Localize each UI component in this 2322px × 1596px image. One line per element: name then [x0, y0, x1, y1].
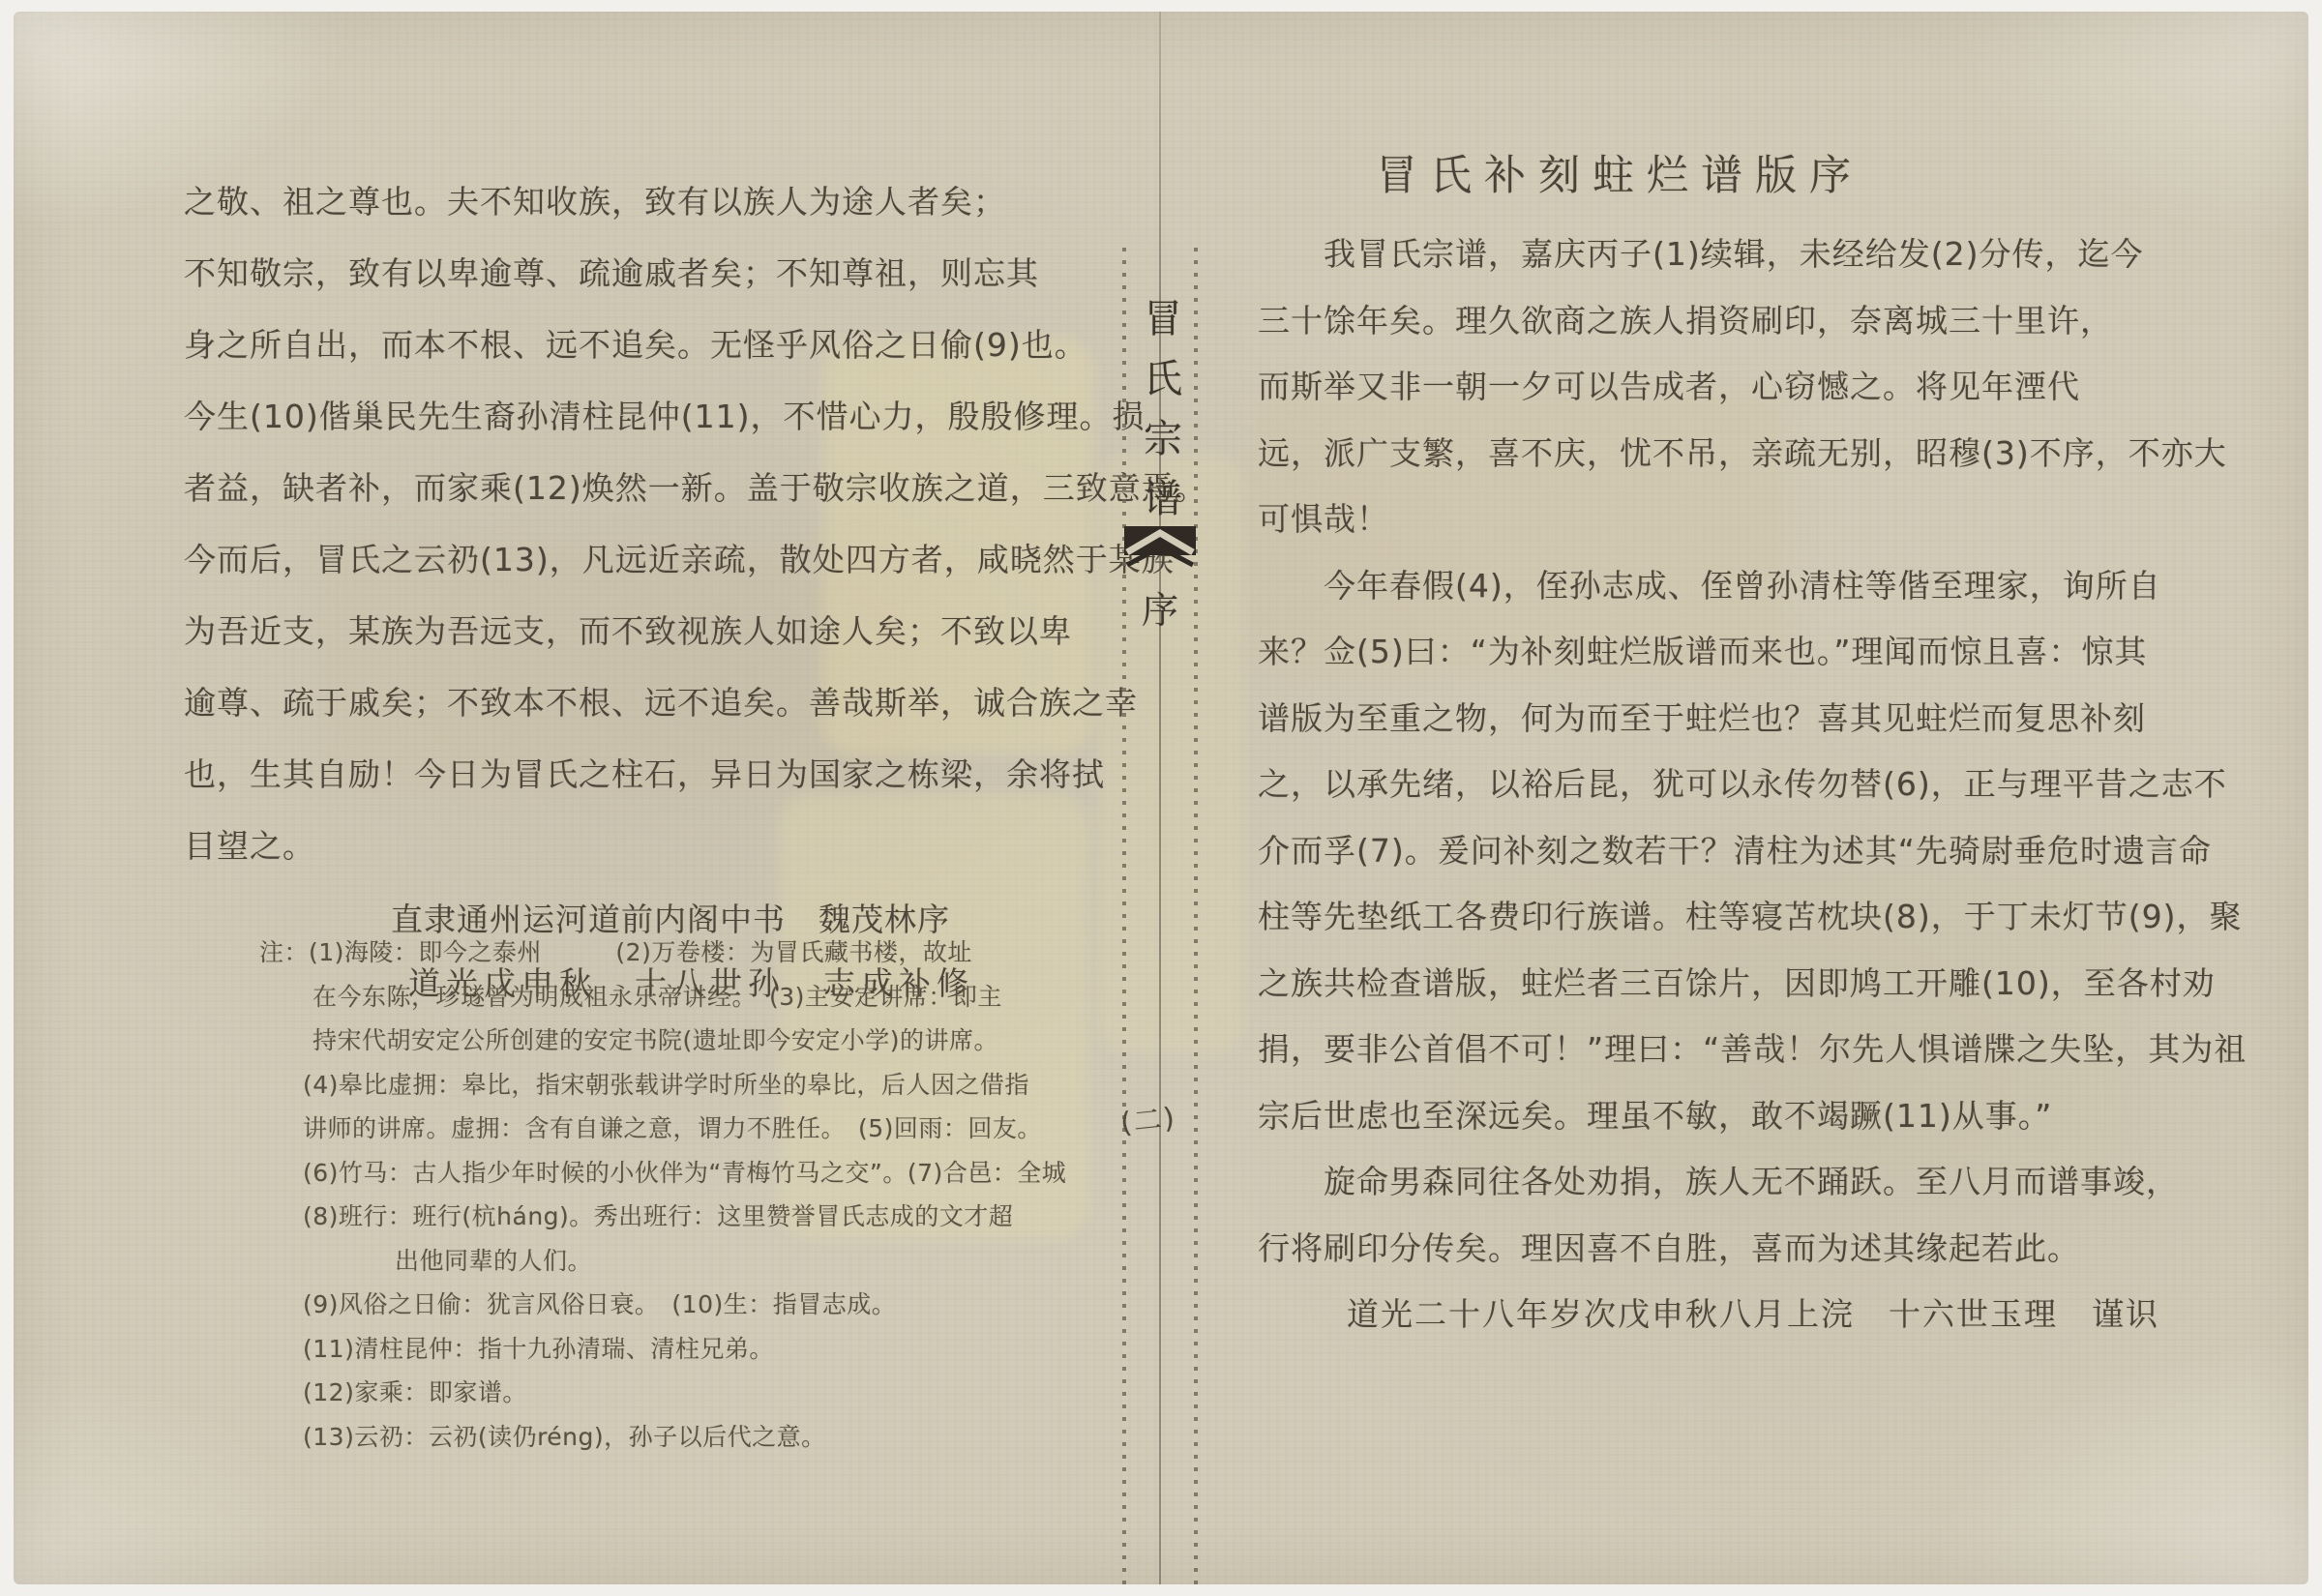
footnote-line: (9)风俗之日偷：犹言风俗日衰。 (10)生：指冒志成。 — [303, 1283, 1130, 1327]
manuscript-line: 为吾近支，某族为吾远支，而不致视族人如途人矣；不致以卑 — [184, 596, 1093, 667]
manuscript-line: 柱等先垫纸工各费印行族谱。柱等寝苫枕块(8)，于丁未灯节(9)，聚 — [1258, 884, 2283, 951]
fishtail-ornament-icon — [1124, 526, 1196, 569]
spine-dotted-border — [1194, 248, 1198, 1584]
spine-dotted-border — [1122, 248, 1126, 1584]
manuscript-line: 谱版为至重之物，何为而至于蛀烂也？喜其见蛀烂而复思补刻 — [1258, 686, 2283, 753]
left-page: 之敬、祖之尊也。夫不知收族，致有以族人为途人者矣； 不知敬宗，致有以卑逾尊、疏逾… — [184, 166, 1093, 1016]
book-spine-column: 冒氏宗谱 序 (二) — [1122, 248, 1198, 1584]
manuscript-line: 目望之。 — [184, 811, 1093, 882]
manuscript-line: 者益，缺者补，而家乘(12)焕然一新。盖于敬宗收族之道，三致意焉。 — [184, 453, 1093, 524]
manuscript-line: 三十馀年矣。理久欲商之族人捐资刷印，奈离城三十里许， — [1258, 288, 2283, 355]
footnote-line: (11)清柱昆仲：指十九孙清瑞、清柱兄弟。 — [303, 1327, 1130, 1372]
manuscript-line: 今生(10)偕巢民先生裔孙清柱昆仲(11)，不惜心力，殷殷修理。损 — [184, 381, 1093, 453]
footnote-line: 讲师的讲席。虚拥：含有自谦之意，谓力不胜任。 (5)回雨：回友。 — [303, 1107, 1130, 1151]
manuscript-line: 逾尊、疏于戚矣；不致本不根、远不追矣。善哉斯举，诚合族之幸 — [184, 667, 1093, 739]
footnote-line: (12)家乘：即家谱。 — [303, 1371, 1130, 1415]
footnote-line: (8)班行：班行(杭háng)。秀出班行：这里赞誉冒氏志成的文才超 — [303, 1195, 1130, 1239]
manuscript-line: 我冒氏宗谱，嘉庆丙子(1)续辑，未经给发(2)分传，迄今 — [1324, 222, 2283, 288]
footnote-line: 注：(1)海陵：即今之泰州 (2)万卷楼：为冒氏藏书楼，故址 — [259, 931, 1130, 975]
manuscript-line: 旋命男森同往各处劝捐，族人无不踊跃。至八月而谱事竣， — [1324, 1149, 2283, 1216]
footnote-line: 出他同辈的人们。 — [395, 1239, 1130, 1284]
manuscript-line: 今年春假(4)，侄孙志成、侄曾孙清柱等偕至理家，询所自 — [1324, 553, 2283, 620]
preface-body: 我冒氏宗谱，嘉庆丙子(1)续辑，未经给发(2)分传，迄今 三十馀年矣。理久欲商之… — [1258, 222, 2283, 1348]
footnote-line: (6)竹马：古人指少年时候的小伙伴为“青梅竹马之交”。(7)合邑：全城 — [303, 1151, 1130, 1196]
manuscript-line: 今而后，冒氏之云礽(13)，凡远近亲疏，散处四方者，咸晓然于某族 — [184, 524, 1093, 596]
center-fold-line — [1159, 12, 1161, 1584]
manuscript-line: 之，以承先绪，以裕后昆，犹可以永传勿替(6)，正与理平昔之志不 — [1258, 752, 2283, 818]
manuscript-line: 不知敬宗，致有以卑逾尊、疏逾戚者矣；不知尊祖，则忘其 — [184, 238, 1093, 310]
manuscript-signature-line: 道光二十八年岁次戊申秋八月上浣 十六世玉理 谨识 — [1347, 1282, 2283, 1348]
manuscript-line: 来？佥(5)曰：“为补刻蛀烂版谱而来也。”理闻而惊且喜：惊其 — [1258, 619, 2283, 686]
manuscript-line: 远，派广支繁，喜不庆，忧不吊，亲疏无别，昭穆(3)不序，不亦大 — [1258, 421, 2283, 488]
footnote-line: (4)皋比虚拥：皋比，指宋朝张载讲学时所坐的皋比，后人因之借指 — [303, 1063, 1130, 1108]
manuscript-line: 而斯举又非一朝一夕可以告成者，心窃憾之。将见年湮代 — [1258, 354, 2283, 421]
right-page: 冒氏补刻蛀烂谱版序 我冒氏宗谱，嘉庆丙子(1)续辑，未经给发(2)分传，迄今 三… — [1258, 143, 2283, 1348]
section-label: 序 — [1142, 580, 1178, 634]
manuscript-line: 也，生其自励！今日为冒氏之柱石，异日为国家之栋梁，余将拭 — [184, 739, 1093, 811]
manuscript-line: 可惧哉！ — [1258, 487, 2283, 553]
manuscript-line: 宗后世虑也至深远矣。理虽不敏，敢不竭蹶(11)从事。” — [1258, 1083, 2283, 1150]
footnote-line: 持宋代胡安定公所创建的安定书院(遗址即今安定小学)的讲席。 — [313, 1019, 1130, 1063]
footnote-line: 在今东陈，珍璲曾为明成祖永乐帝讲经。 (3)主安定讲席：即主 — [313, 975, 1130, 1020]
manuscript-line: 行将刷印分传矣。理因喜不自胜，喜而为述其缘起若此。 — [1258, 1216, 2283, 1283]
footnote-line: (13)云礽：云礽(读仍réng)，孙子以后代之意。 — [303, 1415, 1130, 1460]
manuscript-line: 介而孚(7)。爰问补刻之数若干？清柱为述其“先骑尉垂危时遗言命 — [1258, 818, 2283, 885]
manuscript-line: 之敬、祖之尊也。夫不知收族，致有以族人为途人者矣； — [184, 166, 1093, 238]
preface-title: 冒氏补刻蛀烂谱版序 — [1376, 143, 2283, 202]
footnotes-block: 注：(1)海陵：即今之泰州 (2)万卷楼：为冒氏藏书楼，故址 在今东陈，珍璲曾为… — [259, 931, 1130, 1459]
book-title-vertical: 冒氏宗谱 — [1133, 298, 1188, 538]
manuscript-line: 之族共检查谱版，蛀烂者三百馀片，因即鸠工开雕(10)，至各村劝 — [1258, 951, 2283, 1018]
manuscript-line: 捐，要非公首倡不可！”理曰：“善哉！尔先人惧谱牒之失坠，其为祖 — [1258, 1017, 2283, 1083]
page-number: (二) — [1118, 1096, 1178, 1141]
scanned-genealogy-spread: 之敬、祖之尊也。夫不知收族，致有以族人为途人者矣； 不知敬宗，致有以卑逾尊、疏逾… — [0, 0, 2322, 1596]
manuscript-line: 身之所自出，而本不根、远不追矣。无怪乎风俗之日偷(9)也。 — [184, 310, 1093, 381]
